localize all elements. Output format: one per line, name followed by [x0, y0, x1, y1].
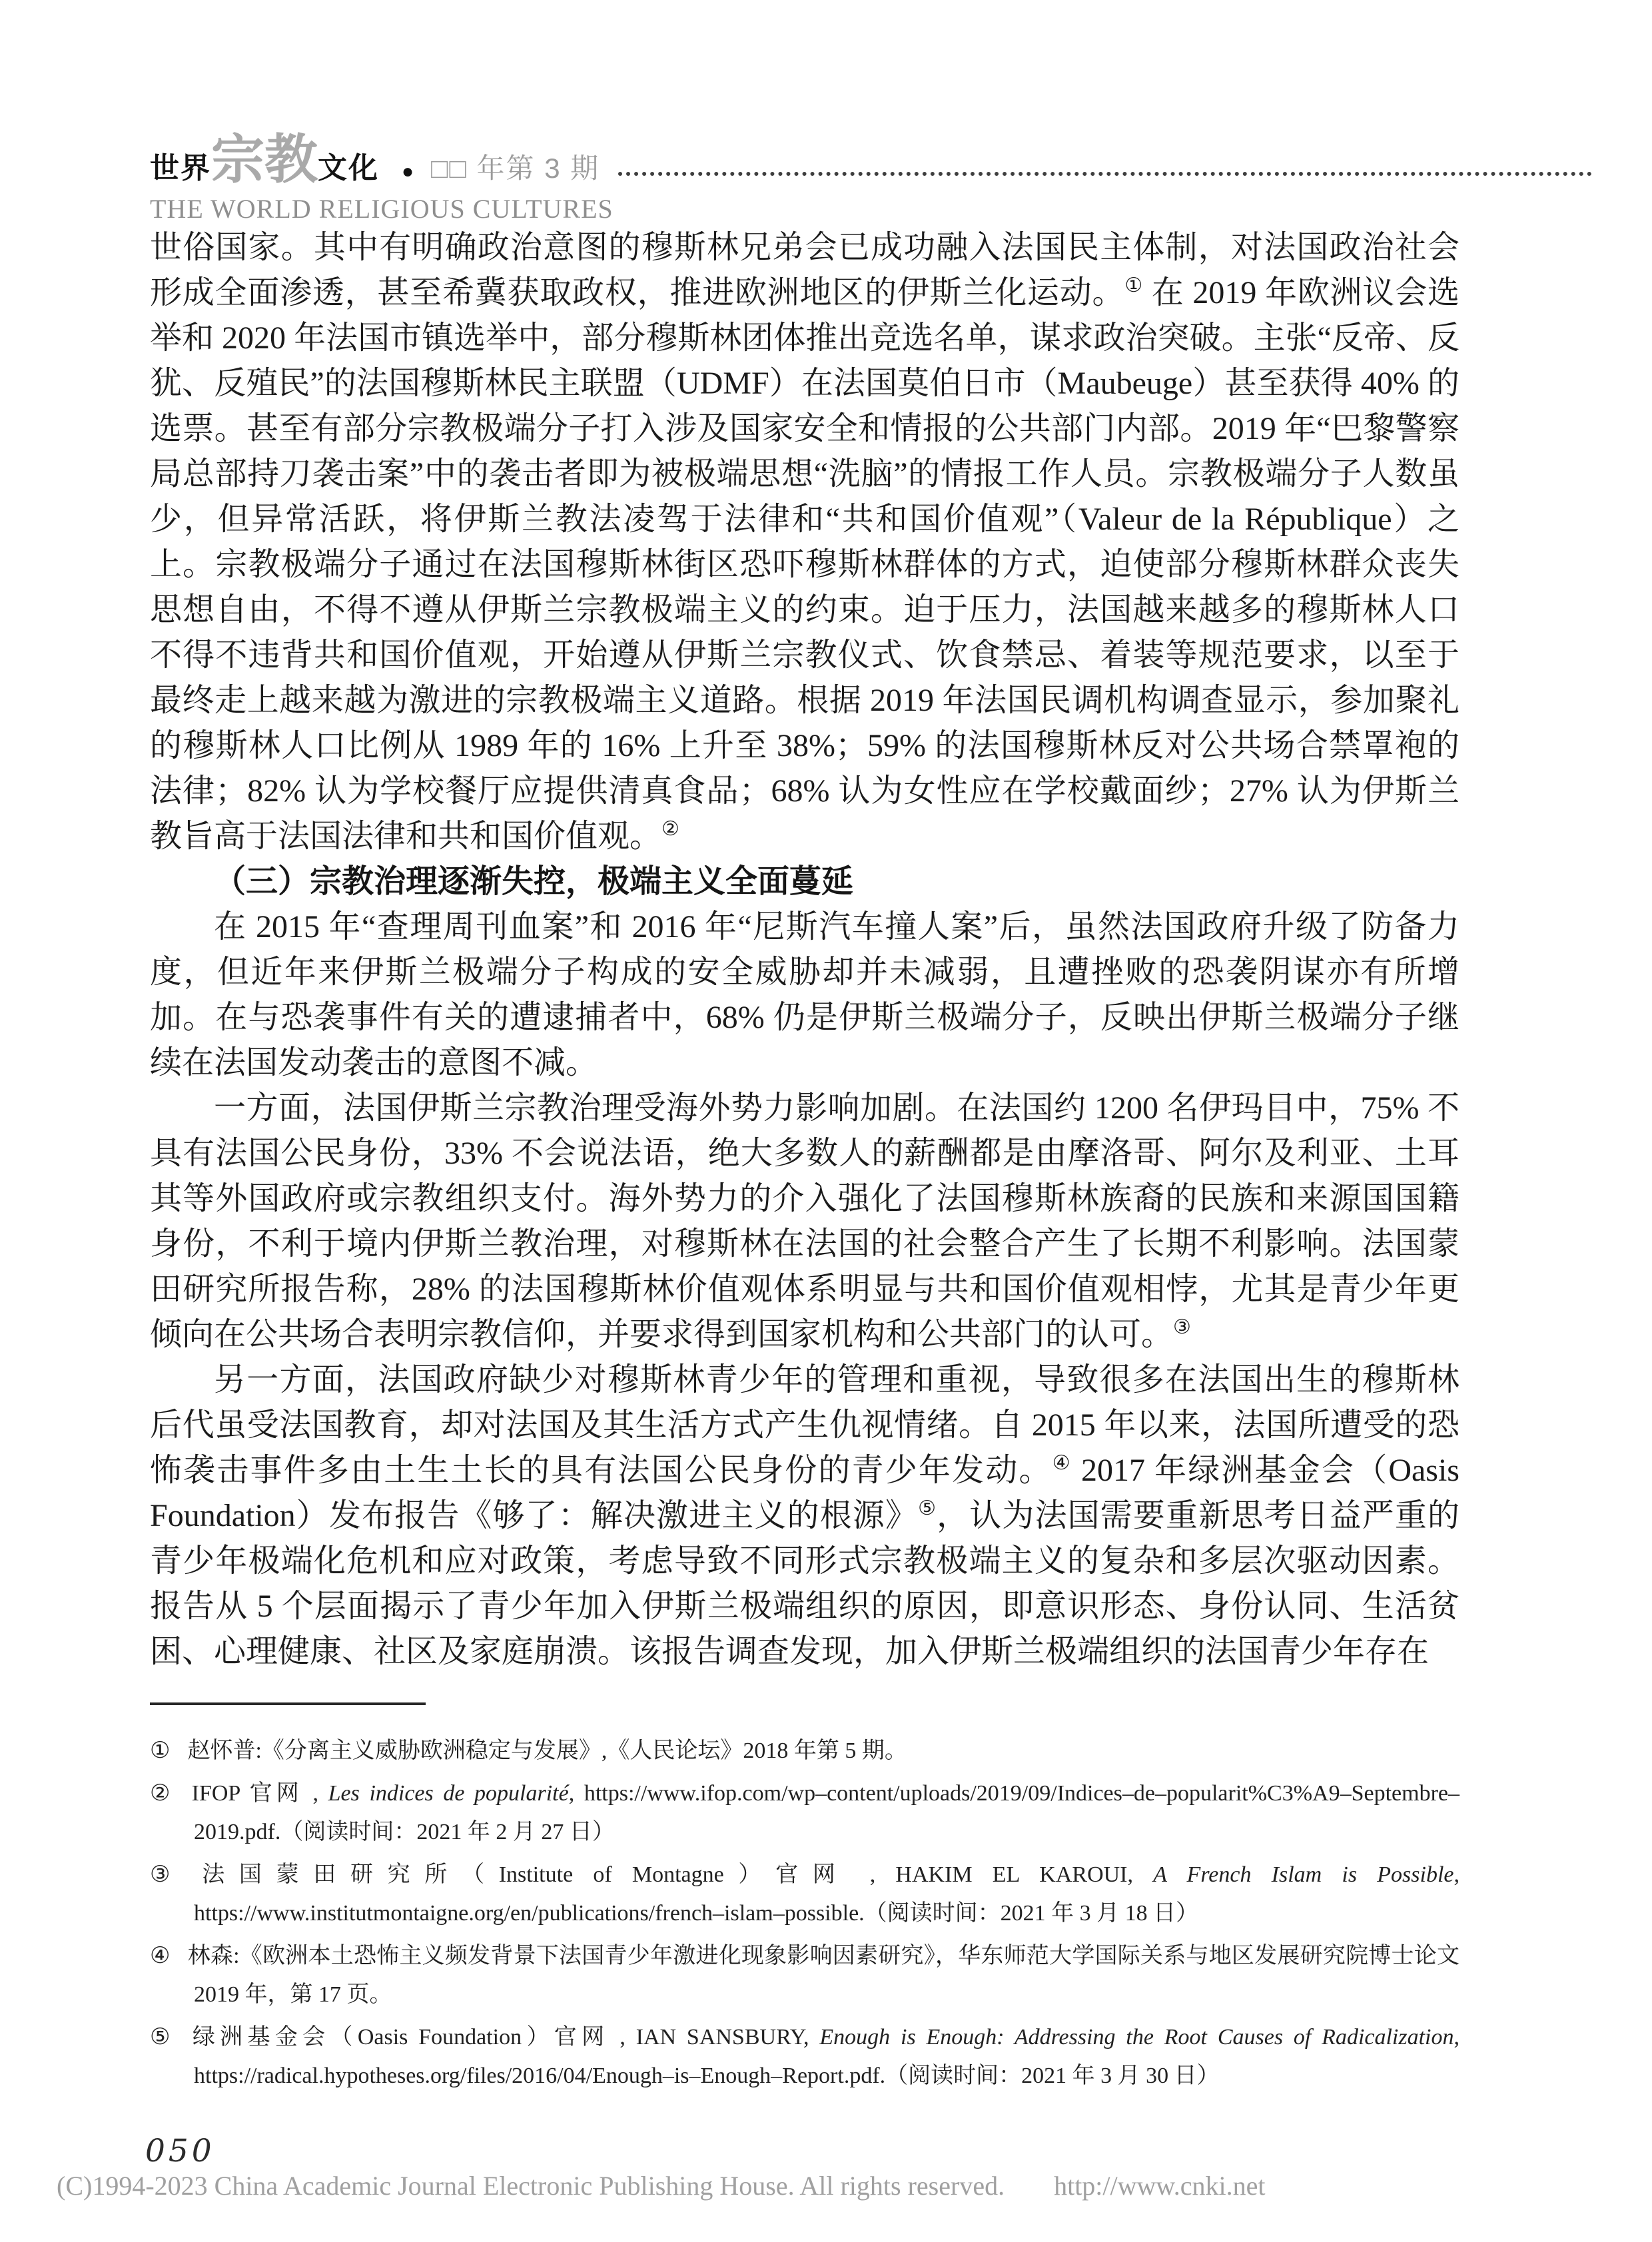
footnotes-section: ①赵怀普:《分离主义威胁欧洲稳定与发展》,《人民论坛》2018 年第 5 期。②… [150, 1702, 1459, 2099]
footnote-marker: ③ [150, 1862, 185, 1887]
footnote-divider [150, 1702, 426, 1705]
footnote-text: 林森:《欧洲本土恐怖主义频发背景下法国青少年激进化现象影响因素研究》，华东师范大… [188, 1944, 1459, 2007]
footnote-item: ①赵怀普:《分离主义威胁欧洲稳定与发展》,《人民论坛》2018 年第 5 期。 [150, 1732, 1459, 1770]
footnote-title-italic: Les indices de popularité [328, 1781, 569, 1806]
footnote-text: 赵怀普:《分离主义威胁欧洲稳定与发展》,《人民论坛》2018 年第 5 期。 [187, 1738, 907, 1763]
body-paragraph: 一方面，法国伊斯兰宗教治理受海外势力影响加剧。在法国约 1200 名伊玛目中，7… [150, 1086, 1459, 1357]
footnote-text: 绿洲基金会（Oasis Foundation）官网 , IAN SANSBURY… [193, 2025, 820, 2050]
cnki-url: http://www.cnki.net [1054, 2171, 1265, 2201]
article-body: 世俗国家。其中有明确政治意图的穆斯林兄弟会已成功融入法国民主体制，对法国政治社会… [150, 225, 1459, 1675]
dotted-leader [618, 172, 1592, 176]
footnote-item: ⑤绿洲基金会（Oasis Foundation）官网 , IAN SANSBUR… [150, 2018, 1459, 2095]
footnote-marker: ② [150, 1781, 175, 1806]
footnote-text: IFOP 官网 , [192, 1781, 328, 1806]
footnote-ref: ③ [1173, 1316, 1191, 1338]
body-paragraph: 世俗国家。其中有明确政治意图的穆斯林兄弟会已成功融入法国民主体制，对法国政治社会… [150, 225, 1459, 859]
footnote-text: 法国蒙田研究所（Institute of Montagne）官网 , HAKIM… [202, 1862, 1153, 1887]
footnote-marker: ⑤ [150, 2025, 175, 2050]
footnote-ref: ② [661, 818, 679, 840]
footnote-ref: ④ [1052, 1452, 1072, 1474]
footnote-item: ②IFOP 官网 , Les indices de popularité, ht… [150, 1774, 1459, 1852]
footnote-list: ①赵怀普:《分离主义威胁欧洲稳定与发展》,《人民论坛》2018 年第 5 期。②… [150, 1732, 1459, 2095]
journal-title-suffix: 文化 [318, 154, 379, 183]
footnote-marker: ④ [150, 1944, 171, 1968]
issue-label: □□ 年第 3 期 [431, 155, 600, 183]
copyright-text: (C)1994-2023 China Academic Journal Elec… [57, 2171, 1005, 2201]
section-heading: （三）宗教治理逐渐失控，极端主义全面蔓延 [150, 859, 1459, 905]
journal-brand-row: 世界 宗教 文化 ● □□ 年第 3 期 [150, 133, 1592, 187]
footnote-ref: ① [1124, 274, 1143, 296]
footnote-item: ③法国蒙田研究所（Institute of Montagne）官网 , HAKI… [150, 1856, 1459, 1933]
page-number: 050 [145, 2135, 215, 2167]
footnote-ref: ⑤ [918, 1497, 937, 1519]
footnote-marker: ① [150, 1738, 170, 1763]
footnote-title-italic: A French Islam is Possible [1153, 1862, 1453, 1887]
body-paragraph: 另一方面，法国政府缺少对穆斯林青少年的管理和重视，导致很多在法国出生的穆斯林后代… [150, 1357, 1459, 1675]
footnote-title-italic: Enough is Enough: Addressing the Root Ca… [819, 2025, 1453, 2050]
journal-title-main: 宗教 [211, 133, 318, 187]
copyright-line: (C)1994-2023 China Academic Journal Elec… [57, 2171, 1265, 2201]
journal-subtitle: THE WORLD RELIGIOUS CULTURES [150, 196, 1592, 222]
bullet-icon: ● [402, 161, 414, 183]
body-paragraph: 在 2015 年“查理周刊血案”和 2016 年“尼斯汽车撞人案”后，虽然法国政… [150, 905, 1459, 1086]
journal-title-prefix: 世界 [150, 154, 211, 183]
journal-header: 世界 宗教 文化 ● □□ 年第 3 期 THE WORLD RELIGIOUS… [150, 133, 1592, 222]
footnote-item: ④林森:《欧洲本土恐怖主义频发背景下法国青少年激进化现象影响因素研究》，华东师范… [150, 1937, 1459, 2014]
